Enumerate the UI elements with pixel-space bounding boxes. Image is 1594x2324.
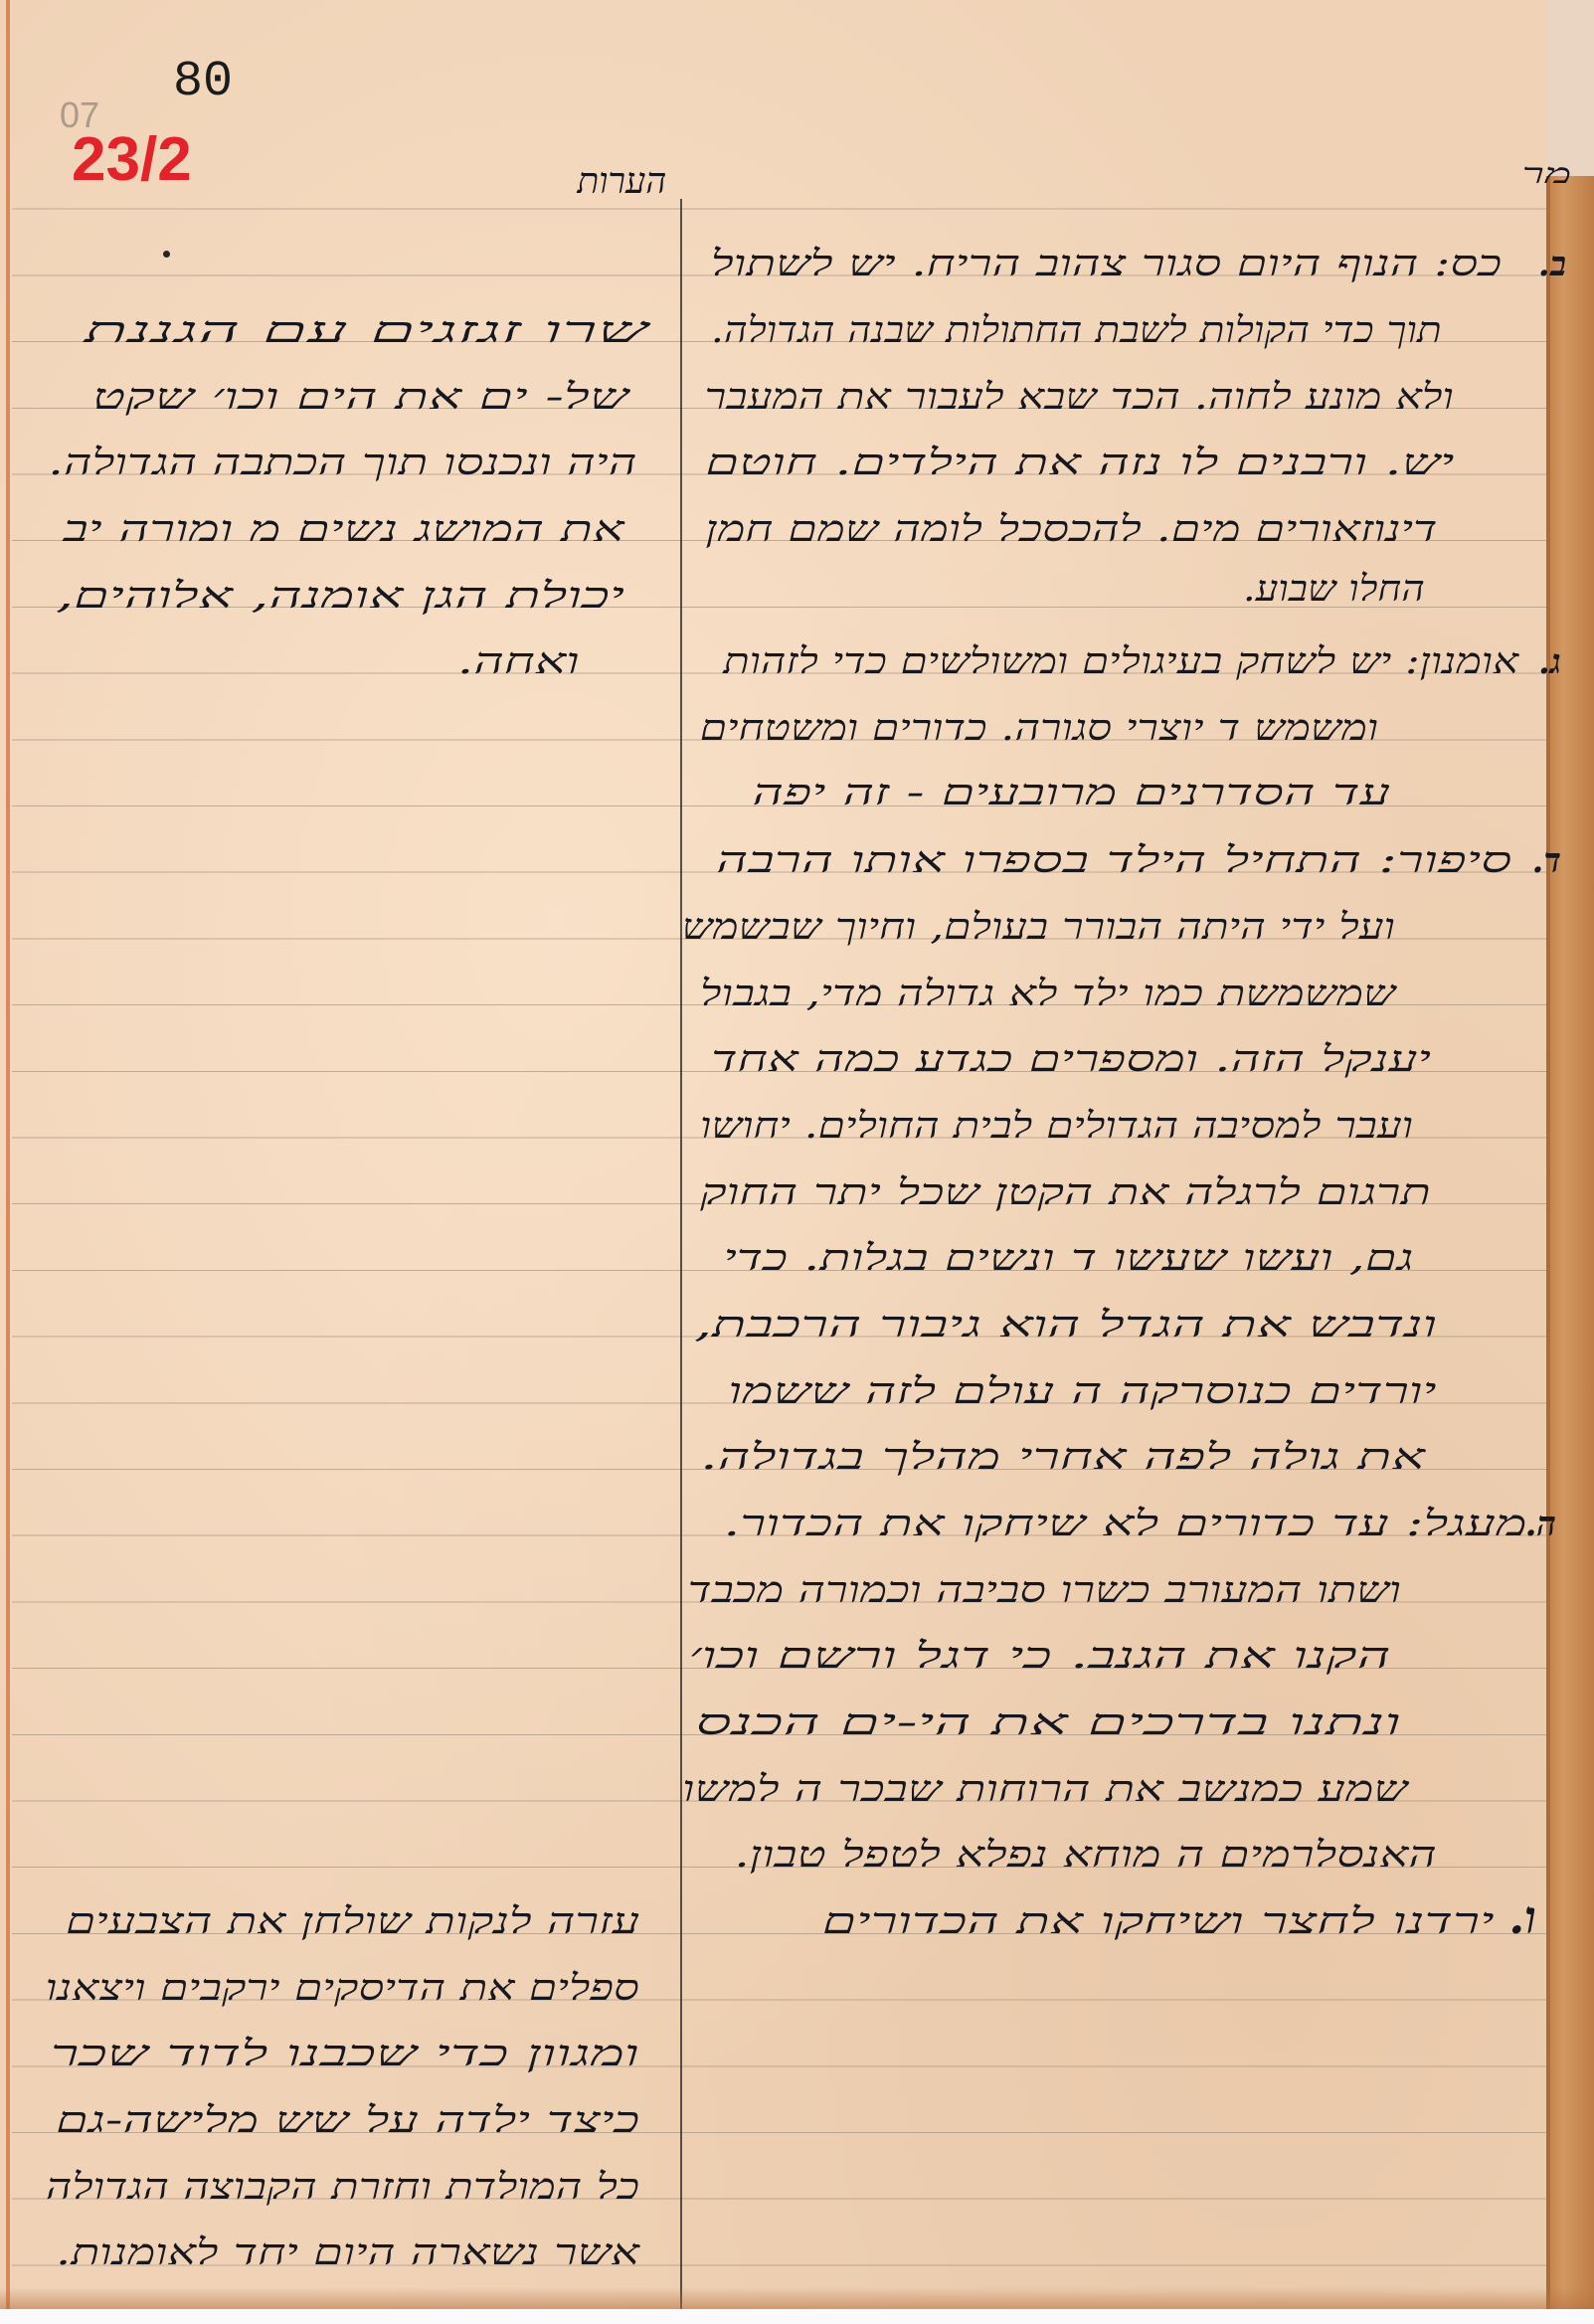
main-column: ב. כס: הנוף היום סגור צהוב הריח. יש לשתו… (0, 0, 1594, 2309)
entry-line: יורדים כנוסרקה ה עולם לזה ששמו (729, 1372, 1437, 1412)
section-label: ב. (1538, 245, 1566, 284)
entry-line: יש. ורבנים לו נזה את הילדים. חוטם (705, 444, 1454, 483)
entry-line: ועבר למסיבה הגדולים לבית החולים. יחושו (700, 1107, 1413, 1147)
entry-line: האנסלרמים ה מוחא נפלא לטפל טבון. (735, 1836, 1437, 1876)
entry-line: מעגל: עד כדורים לא שיחקו את הכדור. (723, 1505, 1526, 1544)
entry-line: החלו שבוע. (1243, 570, 1425, 610)
entry-line: עד הסדרנים מרובעים - זה יפה (752, 774, 1390, 813)
entry-line: אומנון: יש לשחק בעיגולים ומשולשים כדי לז… (723, 642, 1518, 682)
entry-line: את גולה לפה אחרי מהלך בגדולה. (700, 1438, 1425, 1478)
entry-line: גם, ועשו שעשו ד ונשים בגלות. כדי (723, 1239, 1413, 1279)
entry-line: תוך כדי הקולות לשבת החתולות שבנה הגדולה. (711, 311, 1442, 351)
entry-line: הקנו את הגנב. כי דגל ורשם וכו׳ (688, 1637, 1390, 1677)
section-label: ג. (1538, 642, 1561, 682)
entry-line: שמשמשת כמו ילד לא גדולה מדי, בגבול (700, 975, 1395, 1014)
entry-line: דינוזאורים מים. להכסכל לומה שמם חמן (705, 510, 1437, 550)
entry-line: ומשמש ד יוצרי סגורה. כדורים ומשטחים (700, 709, 1378, 749)
section-label: ו. (1508, 1897, 1536, 1937)
entry-line: תרגום לרגלה את הקטן שכל יתר החוק (700, 1173, 1431, 1213)
entry-line: שמע כמנשב את הרוחות שבכר ה למשו (682, 1770, 1407, 1810)
entry-line: יענקל הזה. ומספרים כגדע כמה אחד (711, 1040, 1431, 1080)
entry-line: סיפור: התחיל הילד בספרו אותו הרבה (716, 841, 1511, 881)
section-label: ה. (1525, 1505, 1556, 1544)
entry-line: ושתו המעורב כשרו סביבה וכמורה מכבד (688, 1571, 1401, 1611)
section-label: ד. (1532, 841, 1561, 881)
entry-line: ונדבש את הגדל הוא גיבור הרכבת, (694, 1306, 1437, 1345)
entry-line: ירדנו לחצר ושיחקו את הכדורים (822, 1902, 1495, 1942)
entry-line: ועל ידי היתה הבורר בעולם, וחיוך שבשמש (682, 908, 1395, 948)
entry-line: ונתנו בדרכים את הי-ים הכנס (696, 1703, 1401, 1743)
entry-line: ולא מונע לחוה. הכד שבא לעבור את המעבר (705, 378, 1454, 418)
entry-line: כס: הנוף היום סגור צהוב הריח. יש לשתול (711, 245, 1502, 284)
